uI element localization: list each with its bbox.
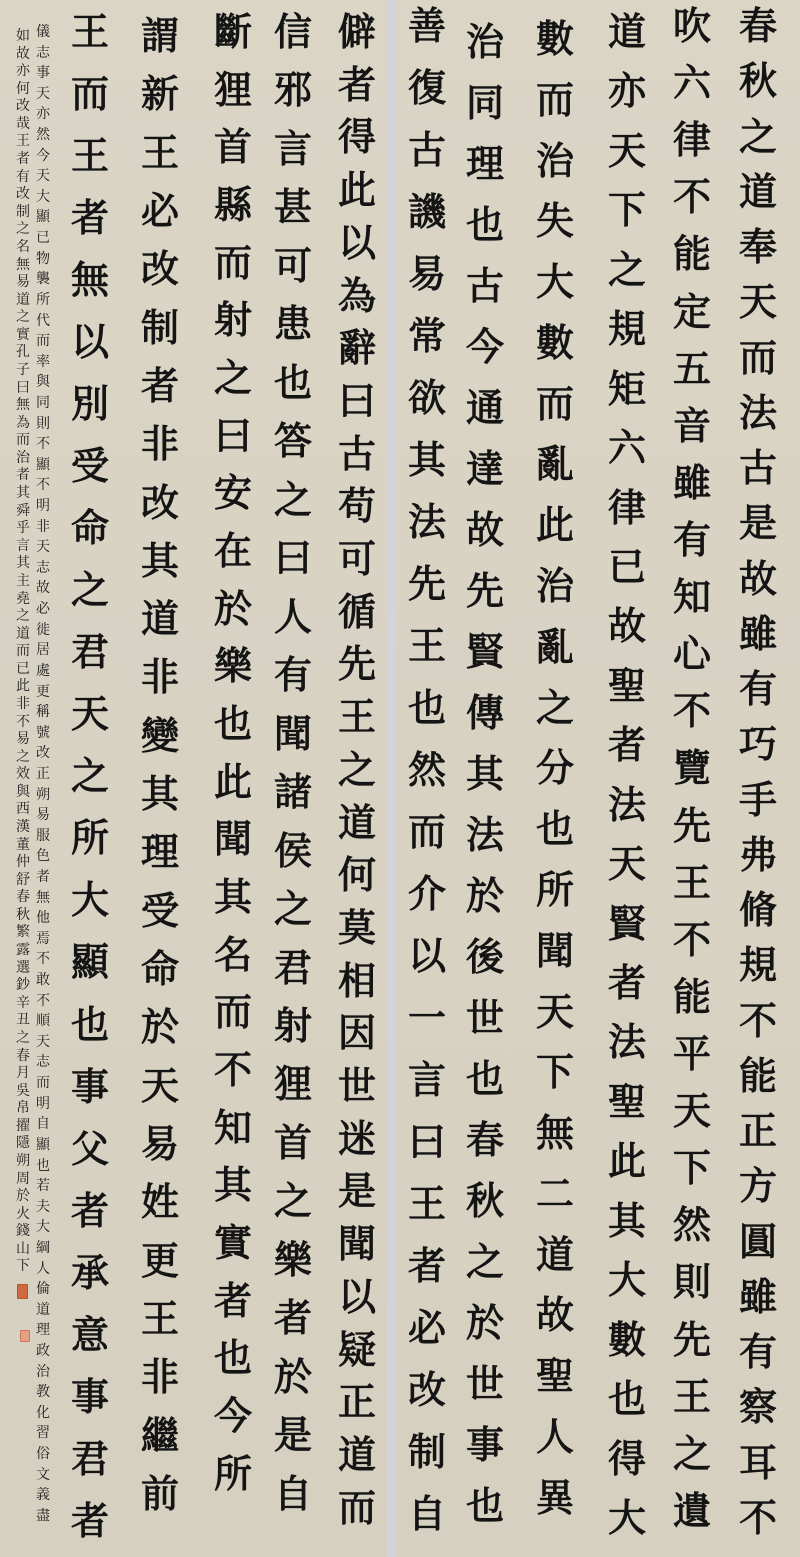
glyph: 不 <box>36 478 50 492</box>
glyph: 選 <box>16 961 30 975</box>
glyph: 漢 <box>16 820 30 834</box>
glyph: 服 <box>36 829 50 843</box>
glyph: 者 <box>16 468 30 482</box>
glyph: 為 <box>338 277 376 315</box>
glyph: 僻 <box>338 13 376 51</box>
glyph: 稱 <box>36 705 50 719</box>
glyph: 今 <box>36 149 50 163</box>
glyph: 聖 <box>608 1083 646 1121</box>
glyph: 名 <box>16 240 30 254</box>
glyph: 能 <box>673 235 711 273</box>
glyph: 號 <box>36 726 50 740</box>
glyph: 隱 <box>16 1136 30 1150</box>
glyph: 徙 <box>36 623 50 637</box>
glyph: 周 <box>16 1172 30 1186</box>
glyph: 也 <box>536 810 574 848</box>
glyph: 法 <box>608 1023 646 1061</box>
glyph: 正 <box>739 1112 777 1150</box>
glyph: 道 <box>338 804 376 842</box>
glyph: 雖 <box>673 464 711 502</box>
glyph: 焉 <box>36 932 50 946</box>
glyph: 不 <box>36 994 50 1008</box>
glyph: 聖 <box>536 1357 574 1395</box>
glyph: 而 <box>36 1076 50 1090</box>
glyph: 心 <box>673 635 711 673</box>
glyph: 受 <box>71 447 109 485</box>
glyph: 志 <box>36 46 50 60</box>
glyph: 譏 <box>408 193 446 231</box>
glyph: 也 <box>71 1006 109 1044</box>
glyph: 相 <box>338 962 376 1000</box>
glyph: 事 <box>71 1378 109 1416</box>
glyph: 如 <box>16 29 30 43</box>
glyph: 義 <box>36 1488 50 1502</box>
glyph: 改 <box>36 746 50 760</box>
glyph: 今 <box>466 328 504 366</box>
glyph: 者 <box>71 199 109 237</box>
glyph: 乎 <box>16 521 30 535</box>
glyph: 道 <box>16 627 30 641</box>
glyph: 分 <box>536 749 574 787</box>
glyph: 之 <box>739 118 777 156</box>
glyph: 明 <box>36 499 50 513</box>
glyph: 顯 <box>71 943 109 981</box>
glyph: 君 <box>71 633 109 671</box>
glyph: 非 <box>36 520 50 534</box>
glyph: 堯 <box>16 592 30 606</box>
glyph: 之 <box>338 751 376 789</box>
glyph: 也 <box>36 1159 50 1173</box>
glyph: 其 <box>408 441 446 479</box>
glyph: 能 <box>739 1057 777 1095</box>
glyph: 古 <box>408 131 446 169</box>
glyph: 吳 <box>16 1084 30 1098</box>
glyph: 循 <box>338 593 376 631</box>
glyph: 主 <box>16 574 30 588</box>
glyph: 而 <box>214 993 252 1031</box>
glyph: 失 <box>536 202 574 240</box>
glyph: 下 <box>673 1149 711 1187</box>
glyph: 命 <box>71 509 109 547</box>
glyph: 董 <box>16 838 30 852</box>
glyph: 承 <box>71 1254 109 1292</box>
glyph: 故 <box>608 607 646 645</box>
glyph: 數 <box>536 324 574 362</box>
glyph: 秋 <box>466 1182 504 1220</box>
glyph: 所 <box>214 1455 252 1493</box>
glyph: 王 <box>338 698 376 736</box>
glyph: 世 <box>466 999 504 1037</box>
glyph: 其 <box>16 556 30 570</box>
glyph: 法 <box>608 786 646 824</box>
glyph: 天 <box>36 1035 50 1049</box>
glyph: 先 <box>408 565 446 603</box>
glyph: 不 <box>673 178 711 216</box>
glyph: 者 <box>274 1299 312 1337</box>
glyph: 法 <box>466 816 504 854</box>
glyph: 之 <box>466 1243 504 1281</box>
glyph: 樂 <box>214 647 252 685</box>
glyph: 曰 <box>408 1123 446 1161</box>
glyph: 易 <box>16 732 30 746</box>
glyph: 王 <box>16 134 30 148</box>
glyph: 子 <box>16 363 30 377</box>
glyph: 改 <box>16 187 30 201</box>
glyph: 下 <box>608 191 646 229</box>
glyph: 改 <box>16 99 30 113</box>
glyph: 六 <box>608 429 646 467</box>
glyph: 自 <box>408 1495 446 1533</box>
glyph: 色 <box>36 849 50 863</box>
glyph: 習 <box>36 1426 50 1440</box>
glyph: 其 <box>466 755 504 793</box>
glyph: 通 <box>466 389 504 427</box>
glyph: 故 <box>466 511 504 549</box>
glyph: 王 <box>141 134 179 172</box>
glyph: 有 <box>274 656 312 694</box>
glyph: 何 <box>16 82 30 96</box>
glyph: 大 <box>608 1261 646 1299</box>
glyph: 非 <box>16 697 30 711</box>
glyph: 而 <box>338 1489 376 1527</box>
glyph: 不 <box>214 1051 252 1089</box>
glyph: 其 <box>608 1202 646 1240</box>
glyph: 擢 <box>16 1119 30 1133</box>
glyph: 易 <box>16 275 30 289</box>
glyph: 射 <box>274 1007 312 1045</box>
glyph: 別 <box>71 385 109 423</box>
glyph: 效 <box>16 767 30 781</box>
glyph: 繁 <box>16 925 30 939</box>
glyph: 受 <box>141 892 179 930</box>
glyph: 狸 <box>274 1065 312 1103</box>
glyph: 治 <box>536 142 574 180</box>
glyph: 為 <box>16 416 30 430</box>
glyph: 制 <box>141 309 179 347</box>
glyph: 故 <box>16 47 30 61</box>
glyph: 常 <box>408 317 446 355</box>
glyph: 君 <box>71 1440 109 1478</box>
glyph: 大 <box>36 1220 50 1234</box>
glyph: 射 <box>214 301 252 339</box>
glyph: 之 <box>16 1031 30 1045</box>
glyph: 實 <box>214 1224 252 1262</box>
glyph: 春 <box>16 1049 30 1063</box>
glyph: 而 <box>536 81 574 119</box>
glyph: 者 <box>71 1502 109 1540</box>
glyph: 天 <box>673 1092 711 1130</box>
glyph: 道 <box>36 1303 50 1317</box>
glyph: 在 <box>214 532 252 570</box>
glyph: 之 <box>214 359 252 397</box>
glyph: 故 <box>739 560 777 598</box>
glyph: 信 <box>274 13 312 51</box>
glyph: 夫 <box>36 1200 50 1214</box>
glyph: 治 <box>36 1365 50 1379</box>
inscription-column: 儀志事天亦然今天大顯已物襲所代而率與同則不顯不明非天志故必徙居處更稱號改正朔易服… <box>34 25 52 1523</box>
glyph: 不 <box>36 952 50 966</box>
glyph: 而 <box>214 244 252 282</box>
glyph: 改 <box>408 1371 446 1409</box>
glyph: 世 <box>338 1067 376 1105</box>
glyph: 脩 <box>739 891 777 929</box>
glyph: 命 <box>141 950 179 988</box>
glyph: 法 <box>408 503 446 541</box>
glyph: 者 <box>141 367 179 405</box>
glyph: 必 <box>408 1309 446 1347</box>
glyph: 苟 <box>338 487 376 525</box>
glyph: 以 <box>408 937 446 975</box>
glyph: 可 <box>274 247 312 285</box>
glyph: 縣 <box>214 186 252 224</box>
glyph: 更 <box>36 685 50 699</box>
glyph: 辭 <box>338 329 376 367</box>
glyph: 文 <box>36 1468 50 1482</box>
glyph: 法 <box>739 394 777 432</box>
calligraphy-column: 道亦天下之規矩六律已故聖者法天賢者法聖此其大數也得大 <box>601 13 653 1537</box>
glyph: 而 <box>16 433 30 447</box>
calligraphy-column: 吹六律不能定五音雖有知心不覽先王不能平天下然則先王之遺 <box>666 7 718 1530</box>
glyph: 侯 <box>274 832 312 870</box>
glyph: 顯 <box>36 1138 50 1152</box>
glyph: 其 <box>214 1166 252 1204</box>
glyph: 以 <box>338 1278 376 1316</box>
glyph: 天 <box>71 695 109 733</box>
glyph: 襲 <box>36 272 50 286</box>
glyph: 賢 <box>466 633 504 671</box>
glyph: 秋 <box>16 908 30 922</box>
glyph: 言 <box>16 539 30 553</box>
calligraphy-column: 善復古譏易常欲其法先王也然而介以一言曰王者必改制自 <box>401 7 453 1533</box>
glyph: 故 <box>36 581 50 595</box>
glyph: 先 <box>673 1321 711 1359</box>
glyph: 改 <box>141 484 179 522</box>
glyph: 新 <box>141 75 179 113</box>
glyph: 露 <box>16 943 30 957</box>
glyph: 其 <box>141 542 179 580</box>
glyph: 丑 <box>16 1013 30 1027</box>
glyph: 山 <box>16 1242 30 1256</box>
glyph: 知 <box>673 578 711 616</box>
glyph: 而 <box>408 813 446 851</box>
glyph: 朔 <box>16 1154 30 1168</box>
glyph: 是 <box>274 1416 312 1454</box>
glyph: 有 <box>739 1333 777 1371</box>
glyph: 不 <box>739 1002 777 1040</box>
glyph: 火 <box>16 1207 30 1221</box>
glyph: 無 <box>16 398 30 412</box>
glyph: 後 <box>466 938 504 976</box>
glyph: 亦 <box>36 107 50 121</box>
glyph: 矩 <box>608 370 646 408</box>
glyph: 之 <box>274 890 312 928</box>
glyph: 古 <box>338 435 376 473</box>
glyph: 曰 <box>214 417 252 455</box>
glyph: 盡 <box>36 1509 50 1523</box>
glyph: 顯 <box>36 458 50 472</box>
glyph: 意 <box>71 1316 109 1354</box>
glyph: 於 <box>466 1304 504 1342</box>
glyph: 道 <box>141 600 179 638</box>
glyph: 繼 <box>141 1417 179 1455</box>
glyph: 無 <box>36 891 50 905</box>
glyph: 所 <box>536 871 574 909</box>
glyph: 非 <box>141 425 179 463</box>
glyph: 春 <box>16 890 30 904</box>
glyph: 仲 <box>16 855 30 869</box>
glyph: 律 <box>608 489 646 527</box>
glyph: 易 <box>408 255 446 293</box>
glyph: 下 <box>16 1259 30 1273</box>
glyph: 事 <box>71 1068 109 1106</box>
glyph: 前 <box>141 1475 179 1513</box>
glyph: 者 <box>214 1282 252 1320</box>
glyph: 非 <box>141 658 179 696</box>
glyph: 莫 <box>338 909 376 947</box>
glyph: 此 <box>536 506 574 544</box>
glyph: 然 <box>673 1206 711 1244</box>
glyph: 此 <box>214 763 252 801</box>
glyph: 事 <box>36 66 50 80</box>
glyph: 則 <box>673 1263 711 1301</box>
glyph: 雖 <box>739 615 777 653</box>
glyph: 古 <box>466 267 504 305</box>
calligraphy-column: 謂新王必改制者非改其道非變其理受命於天易姓更王非繼前 <box>134 17 186 1513</box>
glyph: 與 <box>36 375 50 389</box>
glyph: 王 <box>71 137 109 175</box>
glyph: 無 <box>71 261 109 299</box>
glyph: 則 <box>36 417 50 431</box>
glyph: 狸 <box>214 71 252 109</box>
glyph: 他 <box>36 911 50 925</box>
glyph: 此 <box>16 679 30 693</box>
glyph: 所 <box>71 819 109 857</box>
glyph: 哉 <box>16 117 30 131</box>
seal-stamp-icon <box>17 1284 28 1299</box>
glyph: 覽 <box>673 749 711 787</box>
glyph: 人 <box>274 598 312 636</box>
glyph: 而 <box>739 339 777 377</box>
glyph: 正 <box>338 1383 376 1421</box>
glyph: 之 <box>274 481 312 519</box>
glyph: 錢 <box>16 1224 30 1238</box>
glyph: 奉 <box>739 228 777 266</box>
glyph: 也 <box>466 1060 504 1098</box>
left-scroll: 僻者得此以為辭曰古苟可循先王之道何莫相因世迷是聞以疑正道而 信邪言甚可患也答之曰… <box>0 0 387 1557</box>
glyph: 安 <box>214 474 252 512</box>
glyph: 知 <box>214 1109 252 1147</box>
glyph: 父 <box>71 1130 109 1168</box>
glyph: 王 <box>673 1378 711 1416</box>
glyph: 之 <box>274 1182 312 1220</box>
glyph: 其 <box>16 486 30 500</box>
glyph: 此 <box>338 171 376 209</box>
glyph: 天 <box>608 845 646 883</box>
glyph: 亦 <box>16 64 30 78</box>
glyph: 聞 <box>274 715 312 753</box>
glyph: 欲 <box>408 379 446 417</box>
glyph: 六 <box>673 64 711 102</box>
glyph: 有 <box>673 521 711 559</box>
glyph: 疑 <box>338 1331 376 1369</box>
seal-stamp-icon <box>20 1330 30 1342</box>
glyph: 道 <box>739 173 777 211</box>
glyph: 賢 <box>608 905 646 943</box>
glyph: 其 <box>141 775 179 813</box>
glyph: 人 <box>536 1418 574 1456</box>
glyph: 圓 <box>739 1223 777 1261</box>
glyph: 不 <box>673 692 711 730</box>
glyph: 曰 <box>274 539 312 577</box>
calligraphy-column: 數而治失大數而亂此治亂之分也所聞天下無二道故聖人異 <box>529 20 581 1517</box>
glyph: 二 <box>536 1175 574 1213</box>
glyph: 朔 <box>36 788 50 802</box>
glyph: 者 <box>71 1192 109 1230</box>
glyph: 顯 <box>36 210 50 224</box>
glyph: 無 <box>536 1114 574 1152</box>
glyph: 也 <box>408 689 446 727</box>
glyph: 諸 <box>274 773 312 811</box>
glyph: 先 <box>338 645 376 683</box>
glyph: 春 <box>466 1121 504 1159</box>
glyph: 大 <box>36 190 50 204</box>
glyph: 代 <box>36 314 50 328</box>
glyph: 定 <box>673 293 711 331</box>
glyph: 答 <box>274 422 312 460</box>
glyph: 可 <box>338 540 376 578</box>
glyph: 然 <box>36 128 50 142</box>
glyph: 方 <box>739 1167 777 1205</box>
glyph: 亂 <box>536 445 574 483</box>
glyph: 規 <box>608 310 646 348</box>
glyph: 月 <box>16 1066 30 1080</box>
glyph: 天 <box>36 169 50 183</box>
glyph: 數 <box>608 1321 646 1359</box>
glyph: 而 <box>536 385 574 423</box>
calligraphy-column: 信邪言甚可患也答之曰人有聞諸侯之君射狸首之樂者於是自 <box>267 13 319 1513</box>
glyph: 言 <box>274 130 312 168</box>
glyph: 大 <box>608 1499 646 1537</box>
glyph: 處 <box>36 664 50 678</box>
glyph: 樂 <box>274 1241 312 1279</box>
glyph: 巧 <box>739 725 777 763</box>
glyph: 易 <box>141 1125 179 1163</box>
glyph: 一 <box>408 999 446 1037</box>
glyph: 理 <box>141 833 179 871</box>
glyph: 聖 <box>608 667 646 705</box>
glyph: 世 <box>466 1365 504 1403</box>
calligraphy-column: 僻者得此以為辭曰古苟可循先王之道何莫相因世迷是聞以疑正道而 <box>331 13 383 1527</box>
glyph: 平 <box>673 1035 711 1073</box>
glyph: 之 <box>16 310 30 324</box>
glyph: 也 <box>214 1339 252 1377</box>
glyph: 不 <box>36 437 50 451</box>
glyph: 規 <box>739 946 777 984</box>
glyph: 理 <box>36 1323 50 1337</box>
glyph: 達 <box>466 450 504 488</box>
glyph: 不 <box>16 715 30 729</box>
glyph: 何 <box>338 856 376 894</box>
calligraphy-column: 治同理也古今通達故先賢傳其法於後世也春秋之於世事也 <box>459 23 511 1525</box>
glyph: 手 <box>739 781 777 819</box>
glyph: 首 <box>214 128 252 166</box>
glyph: 天 <box>141 1067 179 1105</box>
glyph: 大 <box>71 881 109 919</box>
glyph: 敢 <box>36 973 50 987</box>
glyph: 之 <box>673 1435 711 1473</box>
glyph: 於 <box>214 590 252 628</box>
glyph: 得 <box>608 1440 646 1478</box>
